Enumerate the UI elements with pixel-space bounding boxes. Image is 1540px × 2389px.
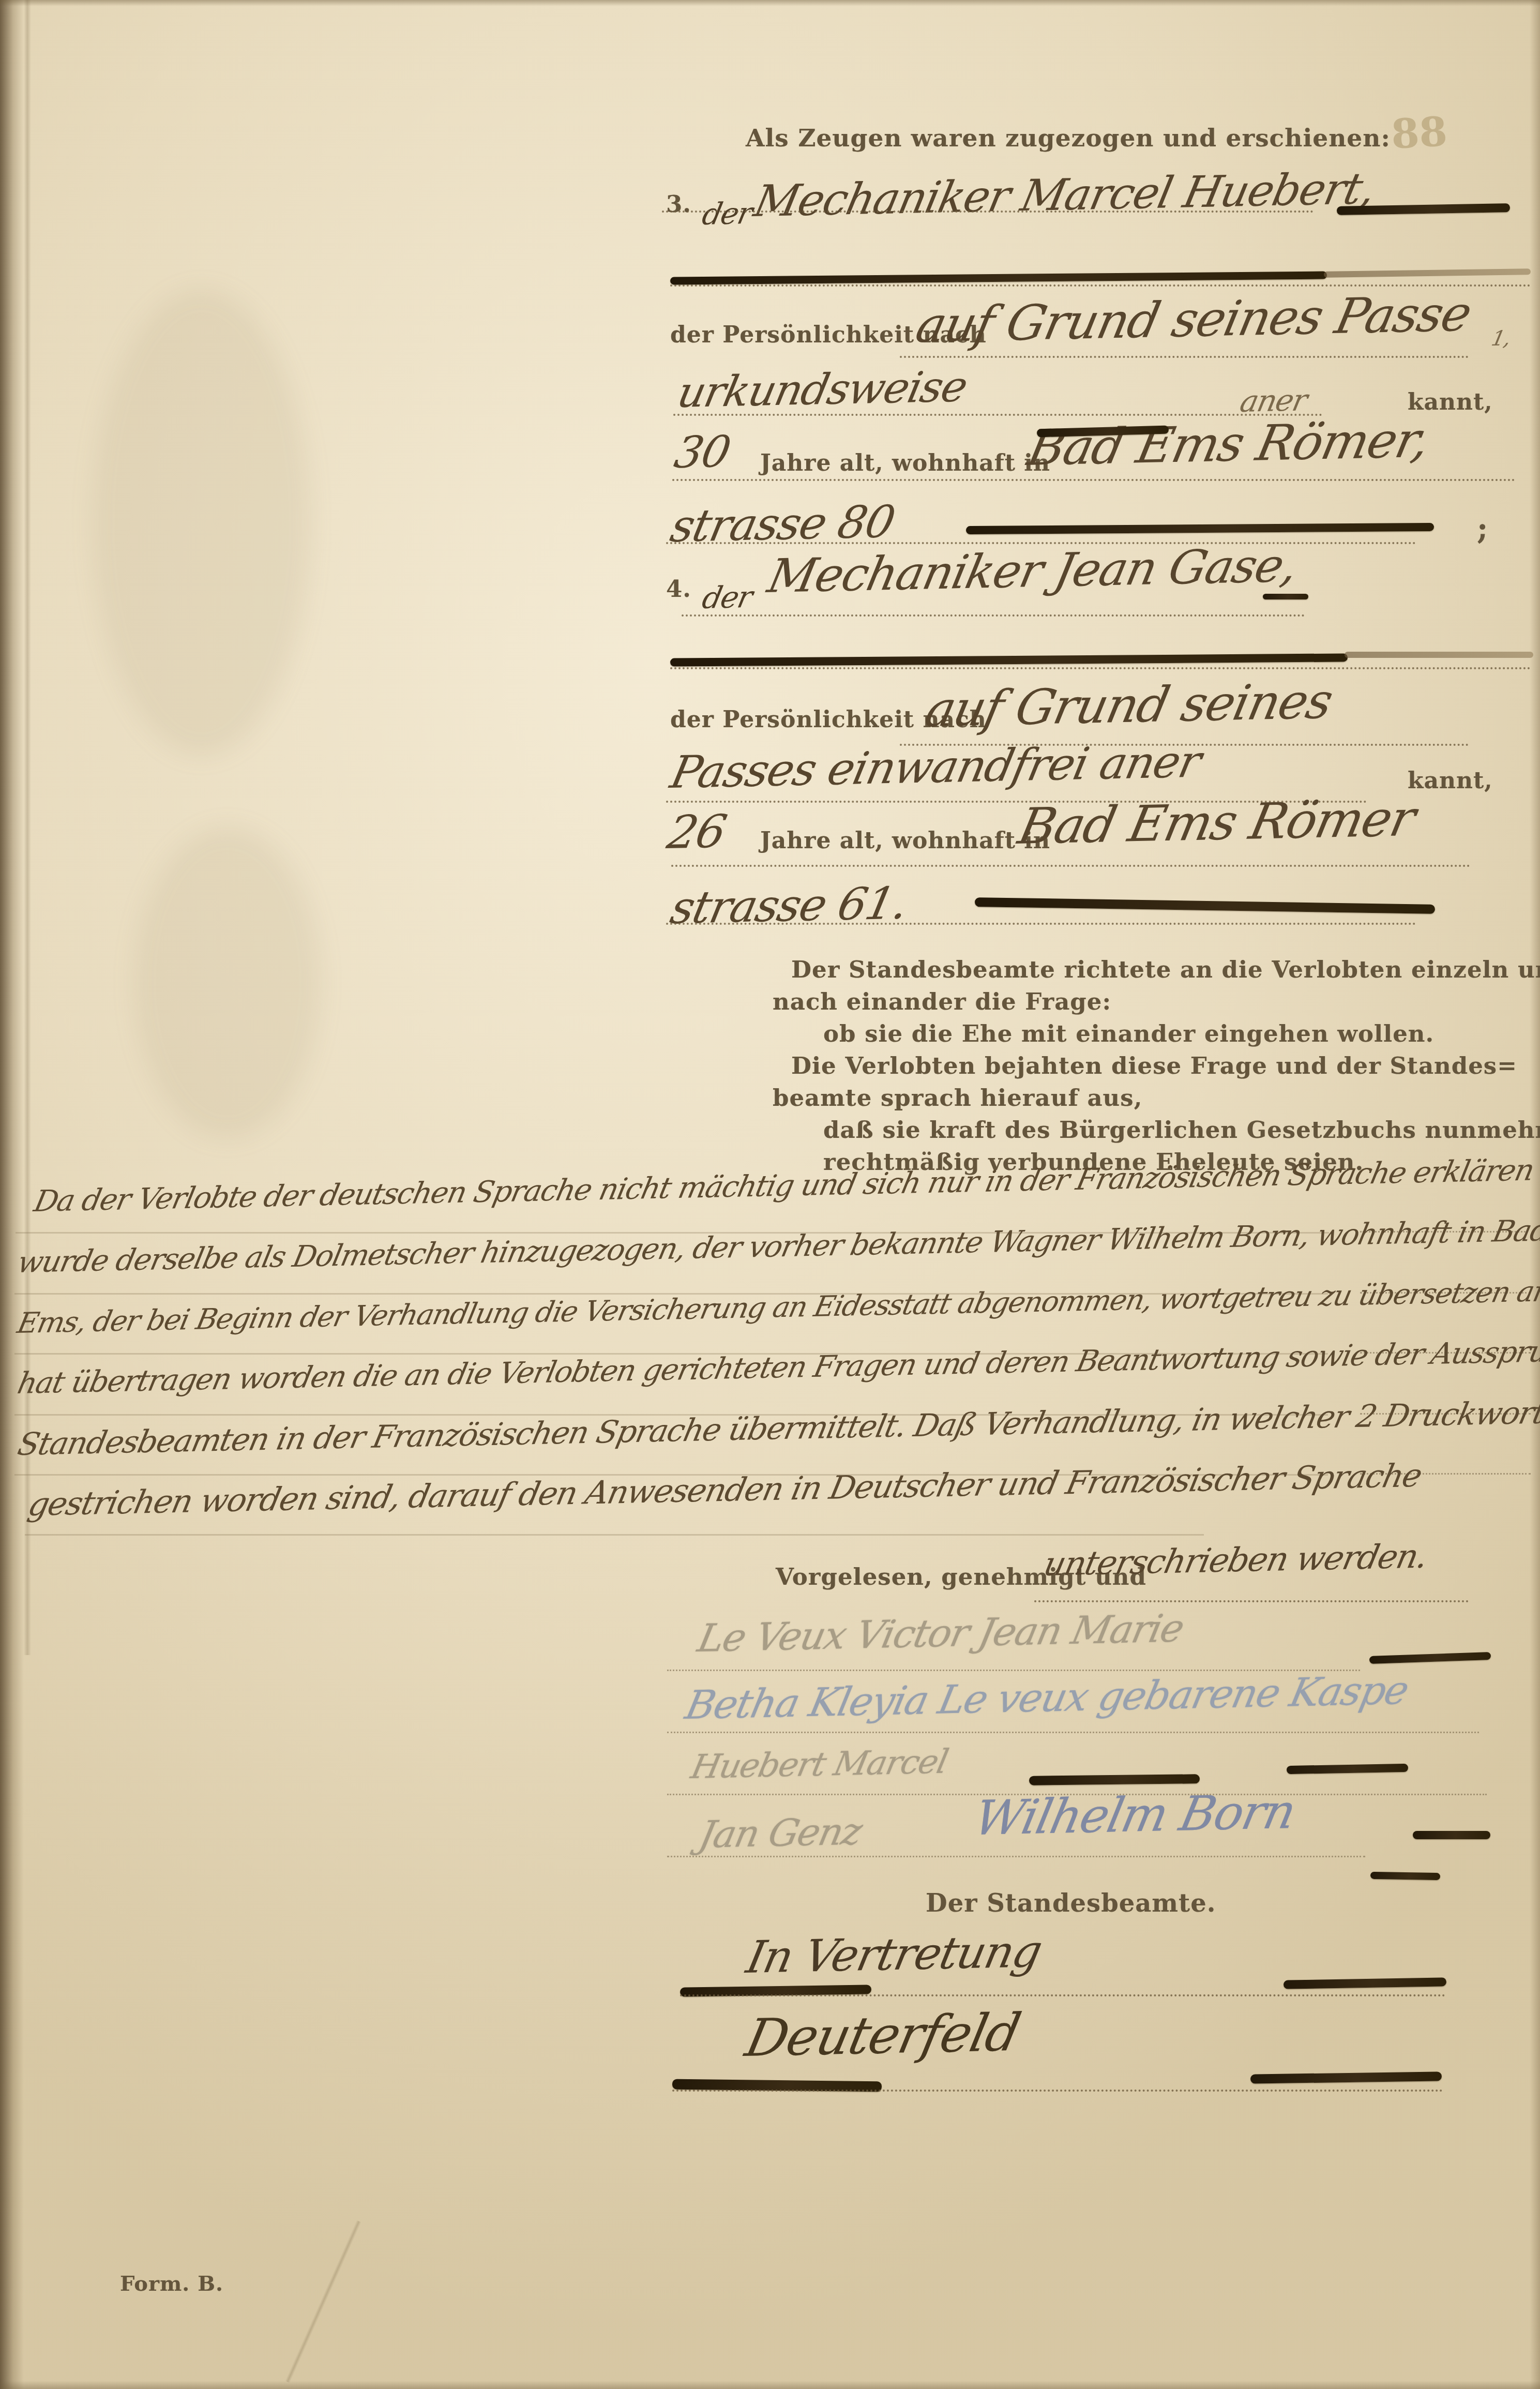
- witness4-id-basis-handwriting: auf Grund seines: [920, 673, 1337, 738]
- registry-document-scan: 88 Als Zeugen waren zugezogen und erschi…: [0, 0, 1540, 2389]
- ink-stroke: [1287, 1764, 1408, 1774]
- dotted-rule: [900, 356, 1469, 358]
- witness3-age-label: Jahre alt, wohnhaft in: [760, 450, 1050, 476]
- declaration-line: daß sie kraft des Bürgerlichen Gesetzbuc…: [823, 1116, 1540, 1144]
- signature-bride: Betha Kleyia Le veux gebarene Kaspe: [682, 1667, 1412, 1728]
- witness3-kannt-label: kannt,: [1408, 389, 1493, 415]
- ink-stroke: [670, 653, 1348, 666]
- witness4-id-basis2-handwriting: Passes einwandfrei aner: [666, 736, 1205, 799]
- witness3-article: der: [699, 196, 755, 232]
- declaration-line: Die Verlobten bejahten diese Frage und d…: [791, 1052, 1517, 1079]
- witness4-number: 4.: [666, 575, 691, 603]
- declaration-line: Der Standesbeamte richtete an die Verlob…: [791, 956, 1540, 983]
- dotted-rule: [672, 2090, 1443, 2092]
- bleedthrough-smudge: [93, 290, 310, 755]
- dotted-rule: [670, 667, 1531, 669]
- faded-ink-stroke: [1345, 652, 1533, 658]
- annotation-line-handwriting: hat übertragen worden die an die Verlobt…: [14, 1333, 1540, 1401]
- ink-stroke: [1413, 1831, 1490, 1839]
- signature-witness3: Huebert Marcel: [688, 1743, 951, 1786]
- ink-stroke: [670, 271, 1327, 284]
- witnesses-intro-heading: Als Zeugen waren zugezogen und erschiene…: [746, 124, 1391, 153]
- witness3-id-basis-handwriting: auf Grund seines Passe: [911, 286, 1476, 354]
- dotted-rule: [666, 923, 1416, 925]
- registrar-signature-handwriting: Deuterfeld: [741, 2002, 1025, 2068]
- signature-interpreter: Wilhelm Born: [970, 1784, 1300, 1846]
- registrar-deputy-handwriting: In Vertretung: [742, 1926, 1046, 1984]
- dotted-rule: [667, 1732, 1479, 1733]
- declaration-line: beamte sprach hierauf aus,: [773, 1084, 1142, 1111]
- witness3-age-handwriting: 30: [670, 426, 734, 478]
- dotted-rule: [662, 211, 1313, 213]
- annotation-line-handwriting: wurde derselbe als Dolmetscher hinzugezo…: [14, 1213, 1540, 1280]
- witness4-name-handwriting: Mechaniker Jean Gase,: [763, 538, 1302, 604]
- dotted-rule: [1034, 1600, 1469, 1602]
- page-left-edge-shadow: [0, 0, 24, 2389]
- ink-stroke: [966, 523, 1434, 534]
- paper-crease: [24, 0, 31, 1655]
- declaration-line: nach einander die Frage:: [773, 988, 1111, 1015]
- page-bottom-edge-shadow: [0, 2381, 1540, 2389]
- registrar-label: Der Standesbeamte.: [926, 1889, 1216, 1918]
- signature-witness4: Jan Genz: [696, 1810, 866, 1856]
- ink-stroke: [975, 897, 1435, 914]
- form-code-label: Form. B.: [120, 2272, 223, 2296]
- bleedthrough-smudge: [134, 828, 321, 1138]
- faded-ink-stroke: [1324, 268, 1531, 278]
- ink-stroke: [1284, 1977, 1446, 1989]
- witness3-semicolon: ;: [1477, 511, 1488, 546]
- dotted-rule: [682, 614, 1305, 617]
- witness4-street-handwriting: strasse 61.: [666, 878, 912, 934]
- page-top-edge-shadow: [0, 0, 1540, 6]
- page-right-edge-shadow: [1530, 0, 1540, 2389]
- annotation-line-handwriting: gestrichen worden sind, darauf den Anwes…: [25, 1456, 1425, 1523]
- ink-stroke: [1263, 594, 1308, 599]
- paper-crease: [285, 2220, 361, 2383]
- witness4-residence-handwriting: Bad Ems Römer: [1014, 789, 1420, 855]
- signature-groom: Le Veux Victor Jean Marie: [694, 1606, 1187, 1661]
- dotted-rule: [670, 284, 1531, 287]
- dotted-rule: [680, 1994, 1445, 1996]
- closing-handwriting: unterschrieben werden.: [1040, 1538, 1430, 1584]
- ink-stroke: [1029, 1774, 1200, 1785]
- declaration-line: ob sie die Ehe mit einander eingehen wol…: [823, 1020, 1434, 1047]
- annotation-line-handwriting: Da der Verlobte der deutschen Sprache ni…: [31, 1151, 1540, 1219]
- dotted-rule: [672, 479, 1515, 481]
- witness3-name-handwriting: Mechaniker Marcel Huebert,: [750, 163, 1379, 227]
- dotted-rule: [671, 865, 1470, 867]
- ink-stroke: [1250, 2071, 1442, 2083]
- annotation-line-handwriting: Ems, der bei Beginn der Verhandlung die …: [14, 1272, 1540, 1340]
- annotation-line-handwriting: Standesbeamten in der Französischen Spra…: [14, 1394, 1540, 1463]
- pencil-guide-line: [25, 1534, 1204, 1536]
- witness4-article: der: [699, 579, 755, 615]
- stray-mark: 1,: [1489, 326, 1512, 351]
- witness4-age-label: Jahre alt, wohnhaft in: [760, 828, 1050, 854]
- bleedthrough-page-number: 88: [1390, 108, 1448, 158]
- witness4-age-handwriting: 26: [663, 805, 730, 859]
- witness3-residence-handwriting: Bad Ems Römer,: [1023, 412, 1434, 477]
- witness3-number: 3.: [666, 190, 691, 218]
- ink-stroke: [1369, 1652, 1491, 1664]
- ink-stroke: [1370, 1872, 1440, 1880]
- dotted-rule: [667, 1856, 1365, 1857]
- witness4-kannt-label: kannt,: [1408, 768, 1493, 794]
- witness3-id-basis2-handwriting: urkundsweise: [673, 362, 971, 417]
